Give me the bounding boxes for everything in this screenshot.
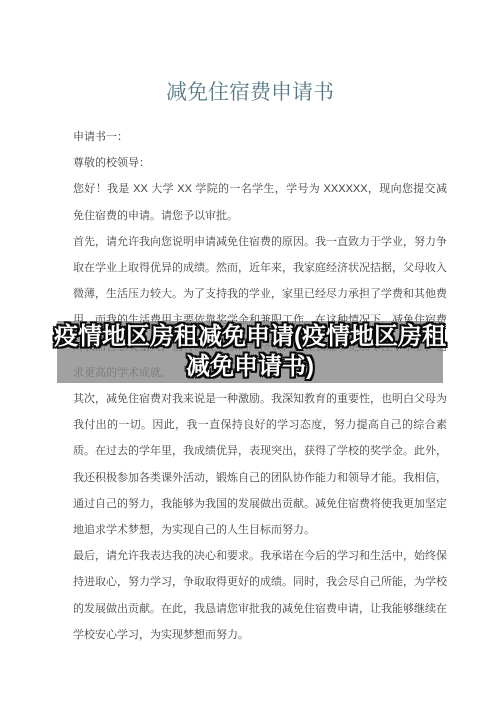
document-paragraph-intro: 您好！我是 XX 大学 XX 学院的一名学生，学号为 XXXXXX，现向您提交减… [73, 176, 447, 228]
document-paragraph-second-reason: 其次，减免住宿费对我来说是一种激励。我深知教育的重要性，也明白父母为我付出的一切… [73, 386, 447, 543]
watermark-banner: 疫情地区房租减免申请(疫情地区房租 减免申请书) [57, 321, 443, 383]
document-paragraph-closing: 最后，请允许我表达我的决心和要求。我承诺在今后的学习和生活中，始终保持进取心，努… [73, 543, 447, 648]
watermark-text-line-2: 减免申请书) [186, 352, 314, 382]
document-paragraph-salutation: 尊敬的校领导： [73, 150, 447, 176]
document-title: 减免住宿费申请书 [0, 81, 500, 104]
document-body: 申请书一： 尊敬的校领导： 您好！我是 XX 大学 XX 学院的一名学生，学号为… [73, 124, 447, 648]
watermark-text-line-1: 疫情地区房租减免申请(疫情地区房租 [54, 322, 446, 352]
document-paragraph-heading: 申请书一： [73, 124, 447, 150]
document-page: 减免住宿费申请书 申请书一： 尊敬的校领导： 您好！我是 XX 大学 XX 学院… [0, 0, 500, 706]
